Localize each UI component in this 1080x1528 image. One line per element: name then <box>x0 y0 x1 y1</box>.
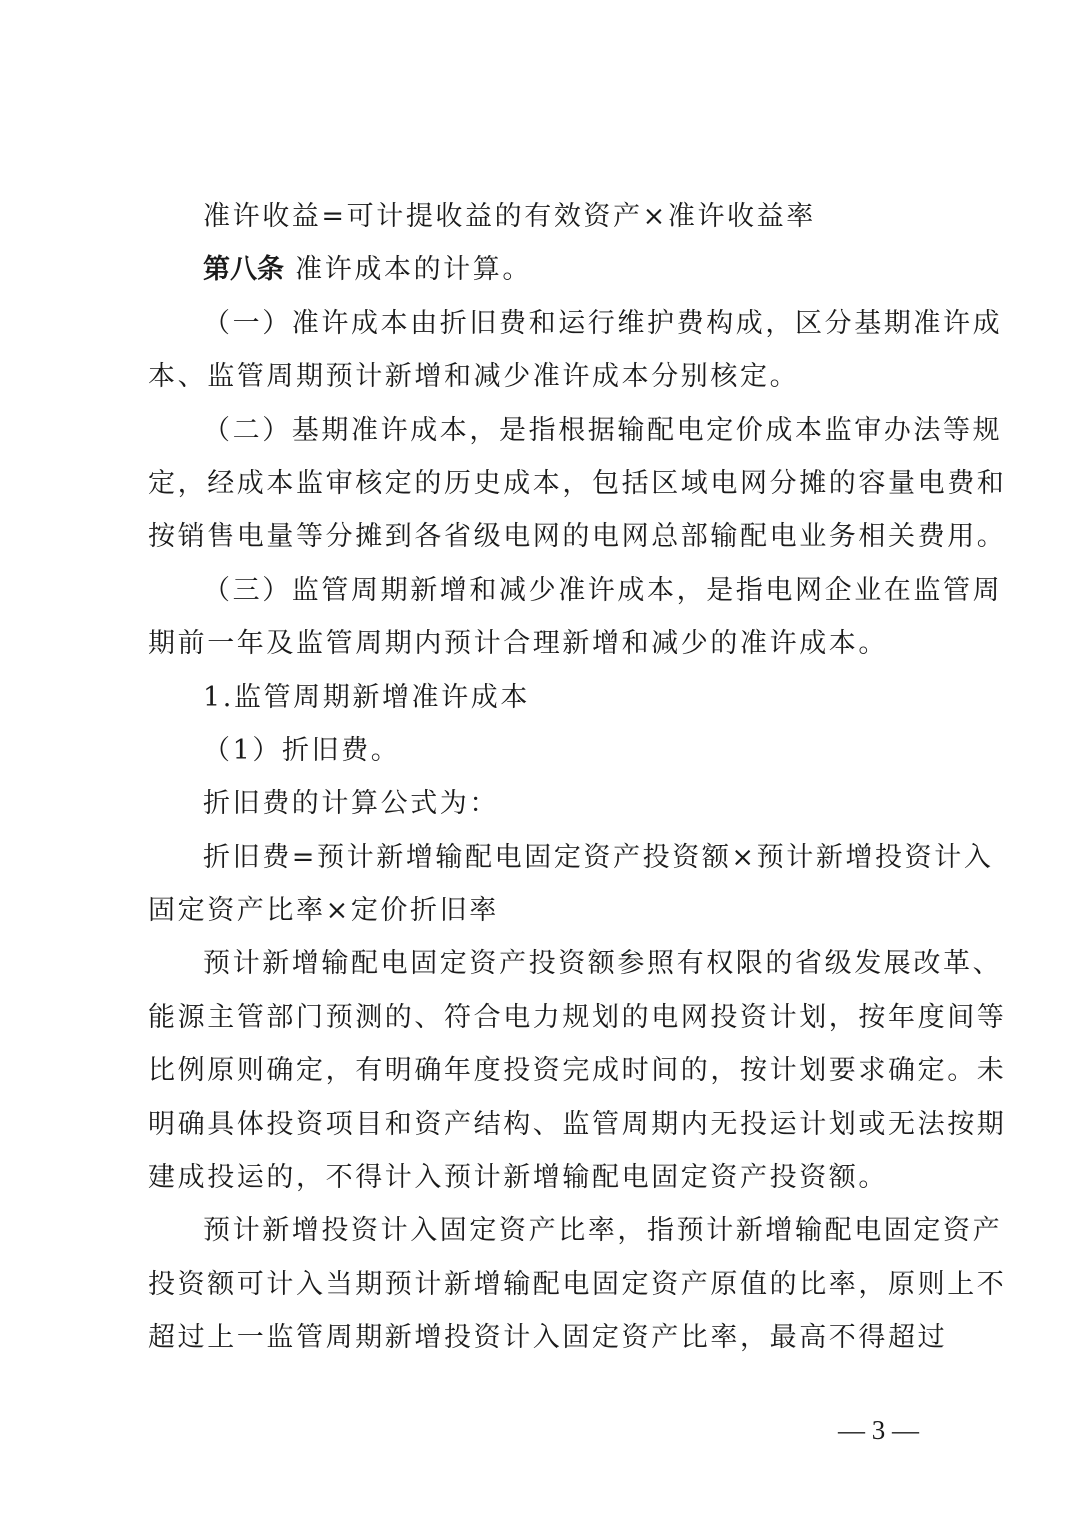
article-8-heading: 第八条 准许成本的计算。 <box>148 243 934 296</box>
subsection-heading: 1.监管周期新增准许成本 <box>148 671 934 724</box>
paragraph-line: 投资额可计入当期预计新增输配电固定资产原值的比率，原则上不 <box>148 1258 934 1311</box>
paragraph-line: （二）基期准许成本，是指根据输配电定价成本监审办法等规 <box>148 404 934 457</box>
paragraph-line: 预计新增投资计入固定资产比率，指预计新增输配电固定资产 <box>148 1204 934 1257</box>
paragraph-line: 本、监管周期预计新增和减少准许成本分别核定。 <box>148 350 934 403</box>
item-heading: （1）折旧费。 <box>148 724 934 777</box>
formula-depreciation-cont: 固定资产比率×定价折旧率 <box>148 884 934 937</box>
formula-allowed-return: 准许收益=可计提收益的有效资产×准许收益率 <box>148 190 934 243</box>
paragraph-line: 比例原则确定，有明确年度投资完成时间的，按计划要求确定。未 <box>148 1044 934 1097</box>
paragraph-line: 定，经成本监审核定的历史成本，包括区域电网分摊的容量电费和 <box>148 457 934 510</box>
formula-depreciation: 折旧费=预计新增输配电固定资产投资额×预计新增投资计入 <box>148 831 934 884</box>
paragraph-line: 按销售电量等分摊到各省级电网的电网总部输配电业务相关费用。 <box>148 510 934 563</box>
paragraph-line: 建成投运的，不得计入预计新增输配电固定资产投资额。 <box>148 1151 934 1204</box>
article-number: 第八条 <box>203 254 284 285</box>
paragraph-line: （三）监管周期新增和减少准许成本，是指电网企业在监管周 <box>148 564 934 617</box>
paragraph-line: 明确具体投资项目和资产结构、监管周期内无投运计划或无法按期 <box>148 1098 934 1151</box>
article-title: 准许成本的计算。 <box>284 254 532 285</box>
paragraph-line: 预计新增输配电固定资产投资额参照有权限的省级发展改革、 <box>148 937 934 990</box>
paragraph-line: 能源主管部门预测的、符合电力规划的电网投资计划，按年度间等 <box>148 991 934 1044</box>
paragraph-line: （一）准许成本由折旧费和运行维护费构成，区分基期准许成 <box>148 297 934 350</box>
page-number: — 3 — <box>838 1415 919 1446</box>
paragraph-line: 折旧费的计算公式为： <box>148 777 934 830</box>
document-page: 准许收益=可计提收益的有效资产×准许收益率 第八条 准许成本的计算。 （一）准许… <box>148 190 934 1365</box>
paragraph-line: 期前一年及监管周期内预计合理新增和减少的准许成本。 <box>148 617 934 670</box>
paragraph-line: 超过上一监管周期新增投资计入固定资产比率，最高不得超过 <box>148 1311 934 1364</box>
